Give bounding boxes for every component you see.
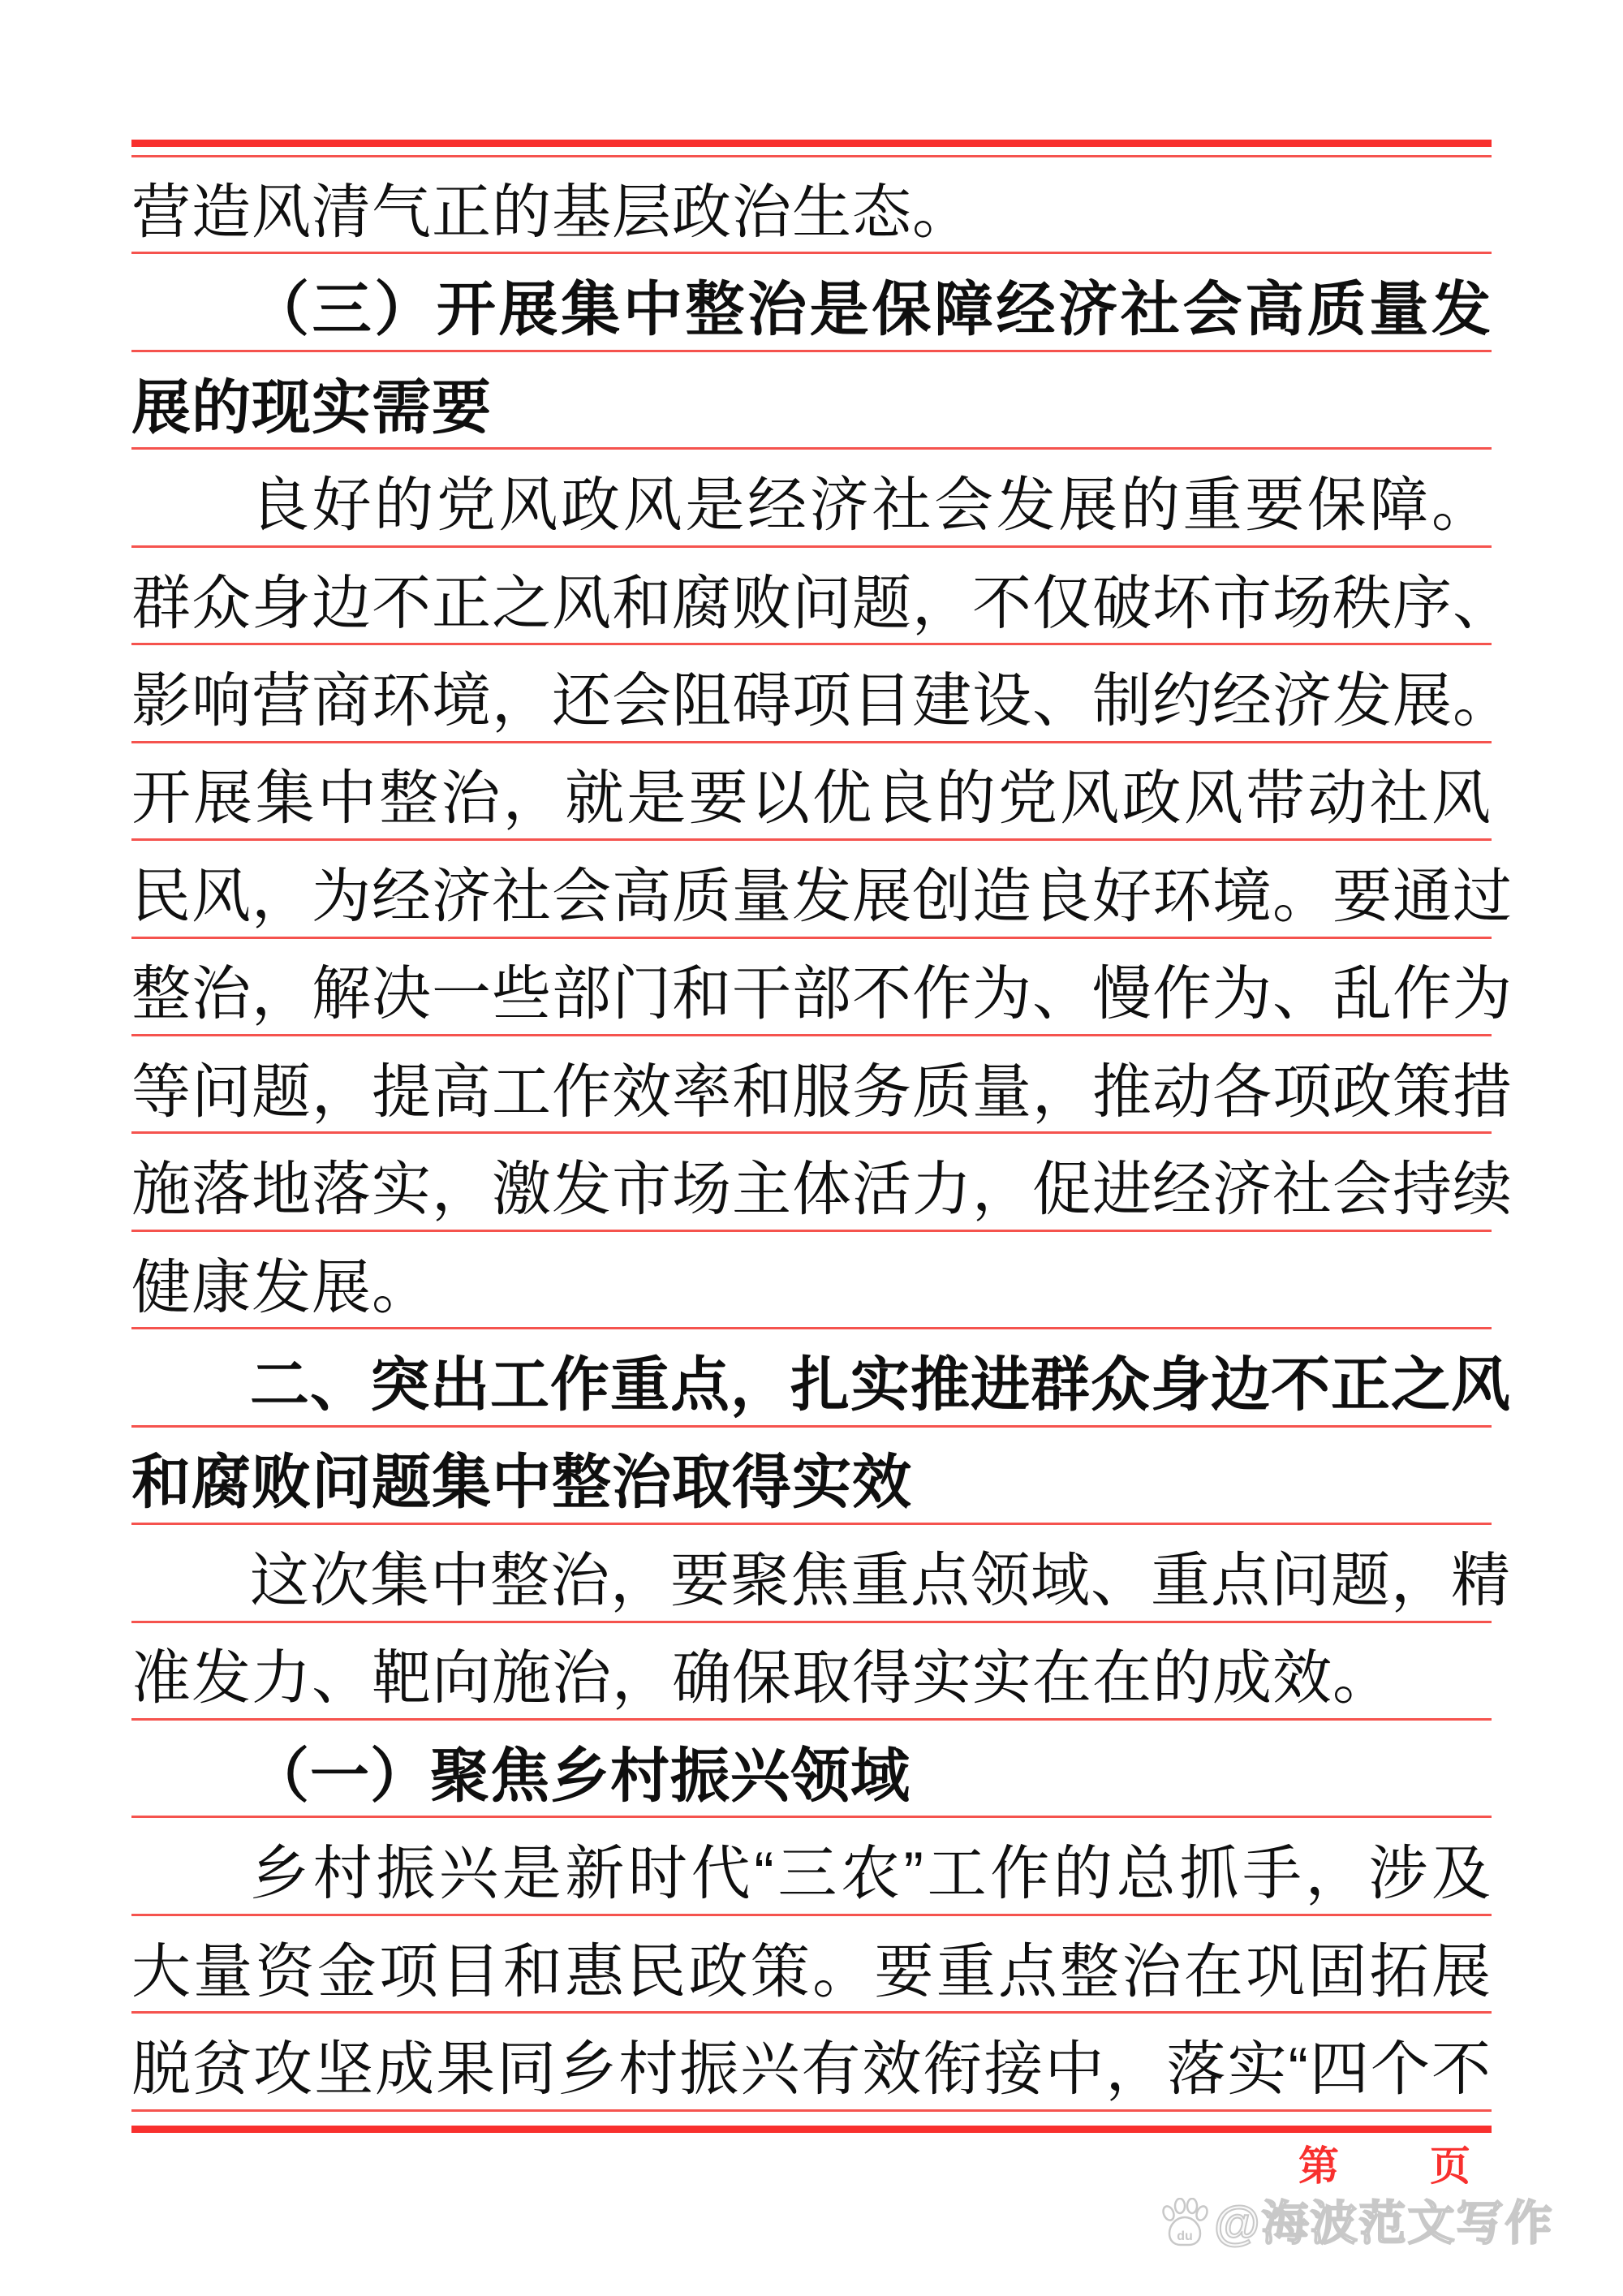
text-line: 开展集中整治，就是要以优良的党风政风带动社风	[131, 743, 1492, 841]
text-line-content: 整治，解决一些部门和干部不作为、慢作为、乱作为	[131, 963, 1492, 1026]
text-line: 展的现实需要	[131, 352, 1492, 450]
text-line: （一）聚焦乡村振兴领域	[131, 1721, 1492, 1818]
text-line: （三）开展集中整治是保障经济社会高质量发	[131, 254, 1492, 351]
text-line: 乡村振兴是新时代“三农”工作的总抓手，涉及	[131, 1818, 1492, 1915]
baidu-paw-icon: du	[1159, 2198, 1211, 2250]
text-line: 良好的党风政风是经济社会发展的重要保障。	[131, 450, 1492, 547]
watermark-text: @海波范文写作	[1214, 2200, 1554, 2247]
text-line: 民风，为经济社会高质量发展创造良好环境。要通过	[131, 841, 1492, 938]
text-line-content: 影响营商环境，还会阻碍项目建设、制约经济发展。	[131, 670, 1492, 733]
text-line: 健康发展。	[131, 1232, 1492, 1329]
watermark: du @海波范文写作	[1159, 2198, 1554, 2250]
text-line-content: 脱贫攻坚成果同乡村振兴有效衔接中，落实“四个不	[131, 2039, 1492, 2101]
top-border-thick-rule	[131, 140, 1492, 147]
text-line-content: 展的现实需要	[131, 377, 1492, 440]
text-line: 二、突出工作重点，扎实推进群众身边不正之风	[131, 1329, 1492, 1427]
text-line: 和腐败问题集中整治取得实效	[131, 1428, 1492, 1525]
text-line-content: 大量资金项目和惠民政策。要重点整治在巩固拓展	[131, 1941, 1492, 2004]
text-line: 施落地落实，激发市场主体活力，促进经济社会持续	[131, 1134, 1492, 1231]
text-line-content: 二、突出工作重点，扎实推进群众身边不正之风	[131, 1355, 1492, 1417]
text-line-content: 这次集中整治，要聚焦重点领域、重点问题，精	[131, 1550, 1492, 1613]
text-line-content: 乡村振兴是新时代“三农”工作的总抓手，涉及	[131, 1843, 1492, 1906]
text-line: 准发力、靶向施治，确保取得实实在在的成效。	[131, 1623, 1492, 1721]
text-line-content: 民风，为经济社会高质量发展创造良好环境。要通过	[131, 866, 1492, 928]
ruled-text-area: 营造风清气正的基层政治生态。 （三）开展集中整治是保障经济社会高质量发 展的现实…	[131, 157, 1492, 2112]
text-line-content: （三）开展集中整治是保障经济社会高质量发	[131, 279, 1492, 342]
text-line-content: 群众身边不正之风和腐败问题，不仅破坏市场秩序、	[131, 573, 1492, 635]
text-line-content: （一）聚焦乡村振兴领域	[131, 1746, 1492, 1808]
text-line: 大量资金项目和惠民政策。要重点整治在巩固拓展	[131, 1916, 1492, 2014]
text-line: 整治，解决一些部门和干部不作为、慢作为、乱作为	[131, 939, 1492, 1036]
bottom-border-thick-rule	[131, 2126, 1492, 2133]
text-line-content: 和腐败问题集中整治取得实效	[131, 1452, 1492, 1514]
paw-icon-du-label: du	[1177, 2229, 1193, 2243]
text-line: 影响营商环境，还会阻碍项目建设、制约经济发展。	[131, 645, 1492, 743]
text-line: 等问题，提高工作效率和服务质量，推动各项政策措	[131, 1036, 1492, 1134]
text-line: 脱贫攻坚成果同乡村振兴有效衔接中，落实“四个不	[131, 2014, 1492, 2111]
page-number-prefix: 第	[1298, 2146, 1339, 2186]
text-line-content: 等问题，提高工作效率和服务质量，推动各项政策措	[131, 1062, 1492, 1124]
text-line-content: 健康发展。	[131, 1257, 1492, 1320]
text-line-content: 施落地落实，激发市场主体活力，促进经济社会持续	[131, 1159, 1492, 1221]
text-line-content: 良好的党风政风是经济社会发展的重要保障。	[131, 475, 1492, 537]
text-line: 群众身边不正之风和腐败问题，不仅破坏市场秩序、	[131, 548, 1492, 645]
text-line-content: 准发力、靶向施治，确保取得实实在在的成效。	[131, 1648, 1492, 1710]
text-line-content: 开展集中整治，就是要以优良的党风政风带动社风	[131, 768, 1492, 830]
text-line-content: 营造风清气正的基层政治生态。	[131, 182, 1492, 244]
text-line: 这次集中整治，要聚焦重点领域、重点问题，精	[131, 1525, 1492, 1622]
text-line: 营造风清气正的基层政治生态。	[131, 157, 1492, 254]
page-number-suffix: 页	[1430, 2146, 1470, 2186]
page-number-footer: 第 页	[1298, 2146, 1470, 2186]
